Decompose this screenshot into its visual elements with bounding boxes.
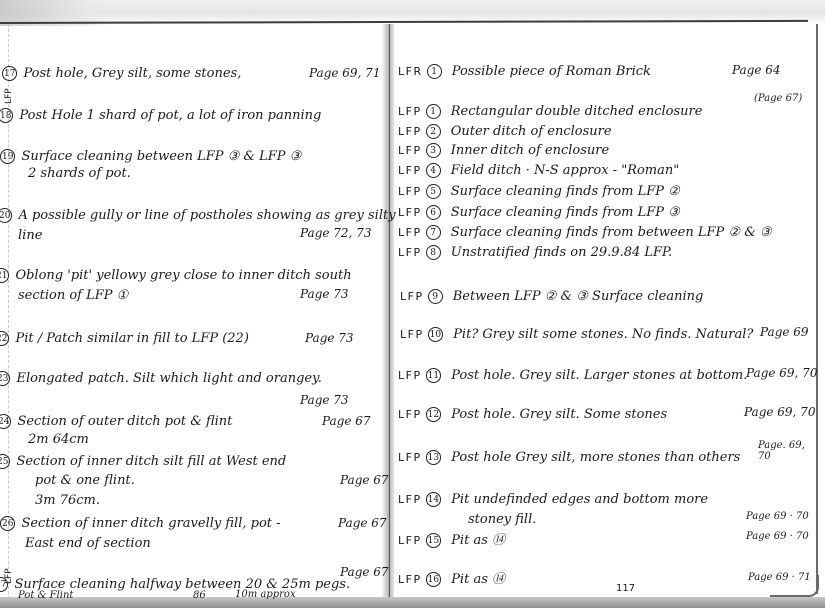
entry-number: 24	[0, 414, 11, 429]
entry-number: 8	[426, 245, 441, 260]
entry-number: 19	[0, 149, 15, 164]
page-ref: Page 69	[760, 325, 809, 339]
entry-24: 24Section of outer ditch pot & flint	[0, 414, 232, 429]
entry-continuation: 2 shards of pot.	[28, 166, 131, 181]
entry-number: 23	[0, 371, 10, 386]
entry-lfp-6: LFP6 Surface cleaning finds from LFP ③	[398, 205, 680, 220]
entry-code: LFP	[398, 105, 422, 118]
page-ref: (Page 67)	[754, 93, 802, 104]
entry-22: 22Pit / Patch similar in fill to LFP (22…	[0, 331, 249, 346]
entry-text: Between LFP ② & ③ Surface cleaning	[453, 289, 704, 304]
page-ref: Page 67	[340, 565, 389, 579]
entry-code: LFP	[398, 246, 422, 259]
marginal-note: 86	[193, 590, 206, 601]
page-ref: Page 69 · 70	[746, 511, 809, 522]
marginal-note: 10m approx	[235, 589, 296, 600]
entry-number: 4	[426, 163, 441, 178]
entry-number: 25	[0, 454, 10, 469]
entry-text: Oblong 'pit' yellowy grey close to inner…	[15, 268, 351, 283]
entry-continuation: section of LFP ①	[18, 288, 128, 303]
left-page: LFP LFP 17Post hole, Grey silt, some sto…	[0, 0, 385, 608]
entry-text: Unstratified finds on 29.9.84 LFP.	[451, 245, 673, 260]
entry-continuation: 2m 64cm	[28, 432, 89, 447]
entry-25: 25Section of inner ditch silt fill at We…	[0, 454, 286, 469]
page-ref: Page. 69, 70	[758, 440, 808, 462]
entry-number: 7	[426, 225, 441, 240]
entry-text: Outer ditch of enclosure	[451, 124, 612, 139]
entry-code: LFP	[398, 125, 422, 138]
entry-number: 26	[0, 516, 15, 531]
entry-lfp-7: LFP7 Surface cleaning finds from between…	[398, 225, 772, 240]
entry-text: Post Hole 1 shard of pot, a lot of iron …	[19, 108, 321, 123]
entry-continuation: Pot & Flint	[18, 590, 73, 601]
entry-number: 22	[0, 331, 9, 346]
page-number: 117	[616, 583, 635, 594]
right-page: LFR1 Possible piece of Roman Brick Page …	[394, 0, 816, 608]
entry-number: 10	[428, 327, 443, 342]
entry-code: LFP	[398, 144, 422, 157]
entry-text: Pit undefinded edges and bottom more	[451, 492, 708, 507]
margin-note-lfp: LFP	[4, 88, 14, 104]
entry-26: 26Section of inner ditch gravelly fill, …	[0, 516, 281, 531]
entry-lfp-9: LFP9 Between LFP ② & ③ Surface cleaning	[400, 289, 703, 304]
entry-text: Rectangular double ditched enclosure	[451, 104, 703, 119]
entry-text: Section of inner ditch gravelly fill, po…	[21, 516, 280, 531]
entry-code: LFR	[398, 65, 423, 78]
entry-number: 11	[426, 368, 441, 383]
entry-number: 1	[427, 64, 442, 79]
entry-code: LFP	[398, 408, 422, 421]
page-ref: Page 69 · 70	[746, 531, 809, 542]
entry-lfp-11: LFP11 Post hole. Grey silt. Larger stone…	[398, 368, 747, 383]
entry-lfp-4: LFP4 Field ditch · N-S approx - "Roman"	[398, 163, 679, 178]
entry-number: 13	[426, 450, 441, 465]
entry-text: Section of inner ditch silt fill at West…	[16, 454, 286, 469]
page-ref: Page 73	[300, 393, 349, 407]
entry-continuation: East end of section	[25, 536, 151, 551]
entry-text: Pit? Grey silt some stones. No finds. Na…	[453, 327, 753, 342]
entry-number: 14	[426, 492, 441, 507]
entry-text: Possible piece of Roman Brick	[452, 64, 651, 79]
entry-text: A possible gully or line of postholes sh…	[18, 208, 395, 223]
entry-code: LFP	[398, 164, 422, 177]
entry-text: Surface cleaning finds from LFP ③	[451, 205, 680, 220]
entry-code: LFP	[398, 206, 422, 219]
entry-text: Post hole, Grey silt, some stones,	[23, 66, 241, 81]
entry-number: 5	[426, 184, 441, 199]
page-ref: Page 67	[338, 516, 387, 530]
page-ref: Page 64	[732, 63, 781, 77]
entry-lfp-15: LFP15 Pit as ⑭	[398, 533, 505, 548]
entry-lfp-12: LFP12 Post hole. Grey silt. Some stones	[398, 407, 667, 422]
entry-code: LFP	[398, 534, 422, 547]
entry-lfp-8: LFP8 Unstratified finds on 29.9.84 LFP.	[398, 245, 672, 260]
entry-continuation: 3m 76cm.	[35, 493, 100, 508]
entry-23: 23Elongated patch. Silt which light and …	[0, 371, 322, 386]
entry-text: Post hole. Grey silt. Larger stones at b…	[451, 368, 747, 383]
entry-text: Post hole. Grey silt. Some stones	[451, 407, 667, 422]
entry-number: 2	[426, 124, 441, 139]
entry-code: LFP	[398, 573, 422, 586]
entry-lfp-14: LFP14 Pit undefinded edges and bottom mo…	[398, 492, 708, 507]
entry-text: Post hole Grey silt, more stones than ot…	[451, 450, 740, 465]
entry-number: 20	[0, 208, 12, 223]
entry-number: 17	[2, 66, 17, 81]
entry-code: LFP	[398, 451, 422, 464]
entry-number: 16	[426, 572, 441, 587]
entry-number: 27	[0, 577, 8, 592]
entry-lfp-2: LFP2 Outer ditch of enclosure	[398, 124, 612, 139]
entry-text: Surface cleaning finds from between LFP …	[451, 225, 772, 240]
entry-lfp-16: LFP16 Pit as ⑭	[398, 572, 505, 587]
entry-number: 21	[0, 268, 9, 283]
entry-19: 19Surface cleaning between LFP ③ & LFP ③	[0, 149, 301, 164]
entry-number: 12	[426, 407, 441, 422]
entry-code: LFP	[400, 290, 424, 303]
entry-text: Surface cleaning finds from LFP ②	[451, 184, 680, 199]
entry-text: Elongated patch. Silt which light and or…	[16, 371, 321, 386]
page-ref: Page 69, 70	[744, 405, 815, 419]
entry-text: Field ditch · N-S approx - "Roman"	[451, 163, 680, 178]
right-page-edge	[816, 24, 818, 594]
entry-text: Pit as ⑭	[451, 572, 505, 587]
entry-code: LFP	[398, 369, 422, 382]
page-ref: Page 69, 70	[746, 366, 817, 380]
page-ref: Page 67	[322, 414, 371, 428]
entry-continuation: line	[18, 228, 42, 243]
entry-number: 6	[426, 205, 441, 220]
entry-continuation: stoney fill.	[468, 512, 536, 527]
entry-code: LFP	[398, 185, 422, 198]
entry-text: Section of outer ditch pot & flint	[17, 414, 232, 429]
page-ref: Page 67	[340, 473, 389, 487]
entry-17: 17Post hole, Grey silt, some stones,	[2, 66, 241, 81]
entry-text: Pit as ⑭	[451, 533, 505, 548]
entry-lfp-10: LFP10 Pit? Grey silt some stones. No fin…	[400, 327, 753, 342]
entry-code: LFP	[398, 493, 422, 506]
entry-number: 1	[426, 104, 441, 119]
entry-21: 21Oblong 'pit' yellowy grey close to inn…	[0, 268, 352, 283]
entry-18: 18Post Hole 1 shard of pot, a lot of iro…	[0, 108, 321, 123]
page-ref: Page 72, 73	[300, 226, 371, 240]
gutter-fold-line	[389, 24, 390, 608]
entry-20: 20A possible gully or line of postholes …	[0, 208, 396, 223]
entry-lfp-1: LFP1 Rectangular double ditched enclosur…	[398, 104, 702, 119]
entry-number: 15	[426, 533, 441, 548]
entry-number: 9	[428, 289, 443, 304]
entry-number: 18	[0, 108, 13, 123]
page-ref: Page 69, 71	[309, 66, 380, 80]
entry-number: 3	[426, 143, 441, 158]
entry-code: LFP	[398, 226, 422, 239]
entry-lfr-1: LFR1 Possible piece of Roman Brick	[398, 64, 651, 79]
entry-text: Pit / Patch similar in fill to LFP (22)	[15, 331, 248, 346]
entry-code: LFP	[400, 328, 424, 341]
page-ref: Page 73	[300, 287, 349, 301]
entry-lfp-5: LFP5 Surface cleaning finds from LFP ②	[398, 184, 680, 199]
entry-continuation: pot & one flint.	[35, 473, 135, 488]
entry-text: Inner ditch of enclosure	[451, 143, 609, 158]
entry-text: Surface cleaning between LFP ③ & LFP ③	[21, 149, 301, 164]
entry-lfp-13: LFP13 Post hole Grey silt, more stones t…	[398, 450, 740, 465]
entry-lfp-3: LFP3 Inner ditch of enclosure	[398, 143, 609, 158]
page-ref: Page 73	[305, 331, 354, 345]
page-ref: Page 69 · 71	[748, 572, 811, 583]
